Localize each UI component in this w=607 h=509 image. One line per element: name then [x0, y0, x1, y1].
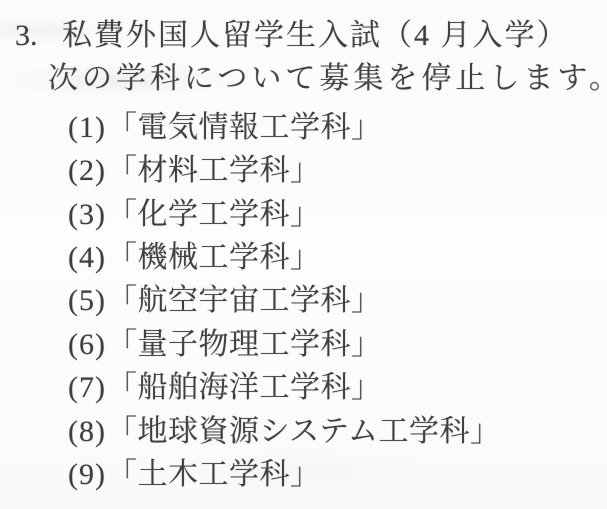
section-heading: 3.私費外国人留学生入試（4 月入学）: [0, 14, 607, 57]
item-label: 「材料工学科」: [107, 154, 321, 187]
section-title: 私費外国人留学生入試（4 月入学）: [62, 19, 569, 52]
item-label: 「機械工学科」: [107, 241, 321, 274]
item-number: (8): [68, 410, 107, 453]
list-item: (8)「地球資源システム工学科」: [0, 410, 607, 453]
item-number: (1): [68, 106, 107, 149]
section-subtitle: 次の学科について募集を停止します。: [0, 57, 607, 100]
list-item: (7)「船舶海洋工学科」: [0, 366, 607, 409]
item-number: (6): [68, 323, 107, 366]
list-item: (2)「材料工学科」: [0, 149, 607, 192]
department-list: (1)「電気情報工学科」 (2)「材料工学科」 (3)「化学工学科」 (4)「機…: [0, 106, 607, 497]
item-number: (3): [68, 193, 107, 236]
list-item: (3)「化学工学科」: [0, 193, 607, 236]
item-number: (4): [68, 236, 107, 279]
item-label: 「航空宇宙工学科」: [107, 284, 382, 317]
item-label: 「化学工学科」: [107, 198, 321, 231]
item-number: (9): [68, 453, 107, 496]
item-number: (7): [68, 366, 107, 409]
section-number: 3.: [15, 14, 62, 57]
list-item: (9)「土木工学科」: [0, 453, 607, 496]
document-page: 3.私費外国人留学生入試（4 月入学） 次の学科について募集を停止します。 (1…: [0, 0, 607, 496]
item-number: (2): [68, 149, 107, 192]
list-item: (4)「機械工学科」: [0, 236, 607, 279]
item-label: 「量子物理工学科」: [107, 328, 382, 361]
item-number: (5): [68, 279, 107, 322]
item-label: 「船舶海洋工学科」: [107, 371, 382, 404]
list-item: (6)「量子物理工学科」: [0, 323, 607, 366]
list-item: (5)「航空宇宙工学科」: [0, 279, 607, 322]
item-label: 「土木工学科」: [107, 458, 321, 491]
list-item: (1)「電気情報工学科」: [0, 106, 607, 149]
item-label: 「電気情報工学科」: [107, 111, 382, 144]
item-label: 「地球資源システム工学科」: [107, 415, 501, 448]
